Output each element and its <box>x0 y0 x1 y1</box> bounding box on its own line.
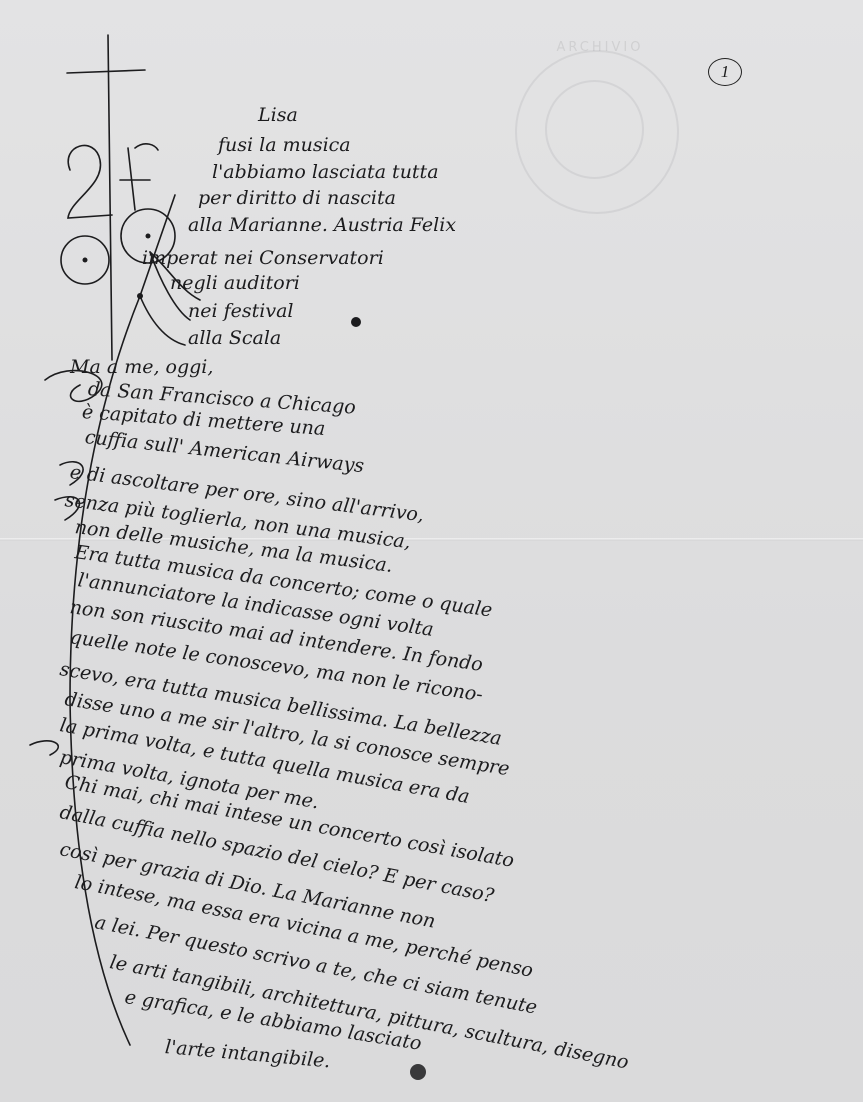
handwritten-line: Lisa <box>258 104 298 126</box>
ink-scribble <box>410 1064 426 1080</box>
handwritten-line: alla Marianne. Austria Felix <box>188 214 456 236</box>
handwritten-line: fusi la musica <box>218 134 351 156</box>
manuscript-page: ARCHIVIO 1 <box>0 0 863 1102</box>
handwritten-line: Ma a me, oggi, <box>70 356 213 378</box>
numeral-two <box>68 146 112 218</box>
handwritten-line: l'abbiamo lasciata tutta <box>212 161 439 183</box>
handwritten-line: per diritto di nascita <box>198 187 396 209</box>
handwritten-line: imperat nei Conservatori <box>142 247 384 269</box>
letter-f-mark <box>120 144 158 210</box>
handwritten-line: alla Scala <box>188 327 281 349</box>
cross-mark <box>108 35 112 360</box>
handwritten-line: negli auditori <box>170 272 300 294</box>
handwritten-line: nei festival <box>188 300 293 322</box>
cross-bar <box>67 70 145 73</box>
ink-blot <box>351 317 361 327</box>
